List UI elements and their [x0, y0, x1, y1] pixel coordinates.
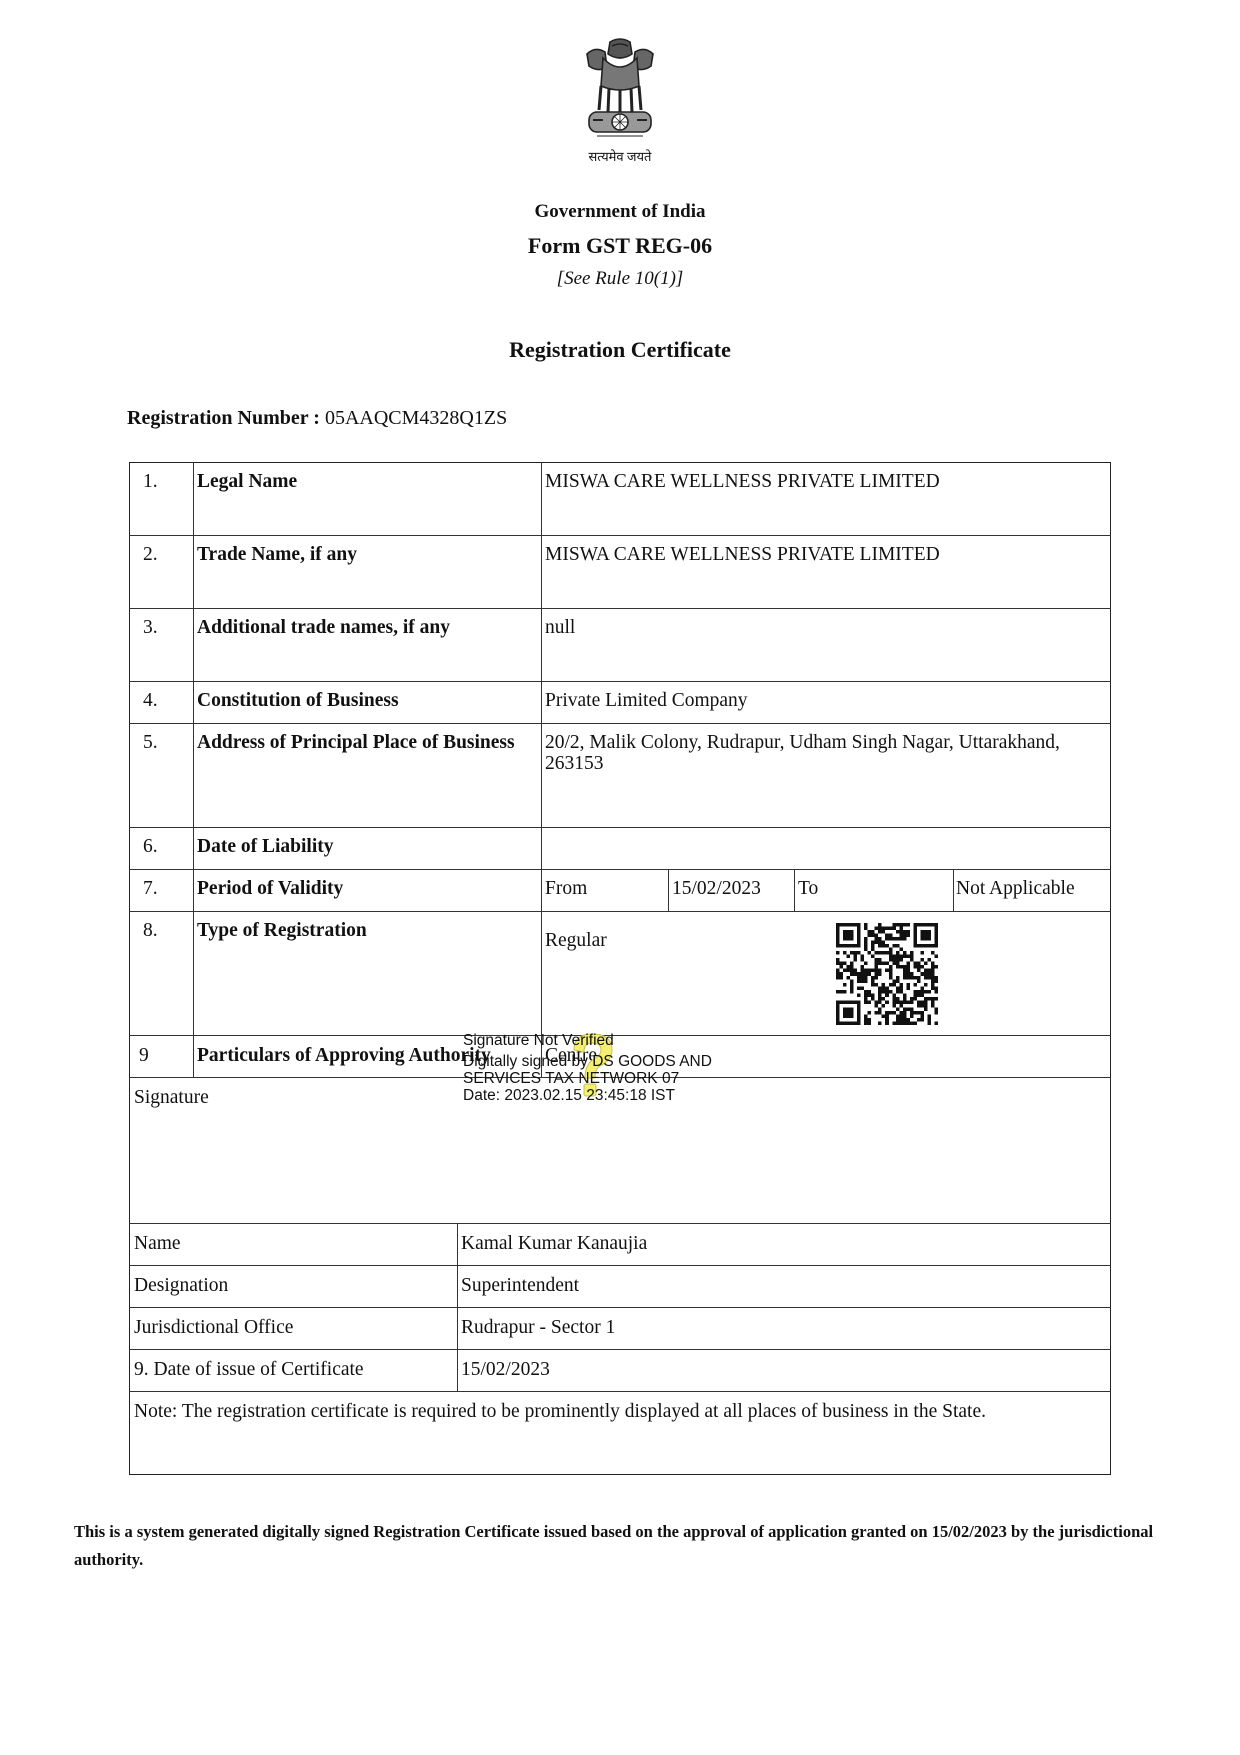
trade-name-value: MISWA CARE WELLNESS PRIVATE LIMITED	[545, 544, 940, 565]
system-generated-footer: This is a system generated digitally sig…	[74, 1518, 1174, 1574]
row-8-number: 8.	[143, 920, 158, 941]
certificate-title: Registration Certificate	[0, 337, 1240, 363]
validity-to-value: Not Applicable	[956, 878, 1075, 899]
row-9-label: Particulars of Approving Authority	[197, 1045, 491, 1066]
digital-signature-stamp[interactable]: Signature Not Verified Digitally signed …	[463, 1032, 712, 1104]
jurisdictional-office-label: Jurisdictional Office	[134, 1317, 293, 1338]
approver-name-value: Kamal Kumar Kanaujia	[461, 1233, 647, 1254]
signature-status: Signature Not Verified	[463, 1032, 712, 1049]
government-heading: Government of India	[0, 201, 1240, 223]
row-7-label: Period of Validity	[197, 878, 343, 899]
signature-signer-line-2: SERVICES TAX NETWORK 07	[463, 1070, 712, 1087]
row-2-number: 2.	[143, 544, 158, 565]
registration-number-label: Registration Number :	[127, 407, 320, 429]
form-title: Form GST REG-06	[0, 233, 1240, 259]
legal-name-value: MISWA CARE WELLNESS PRIVATE LIMITED	[545, 471, 940, 492]
designation-value: Superintendent	[461, 1275, 579, 1296]
row-1-number: 1.	[143, 471, 158, 492]
validity-from-value: 15/02/2023	[672, 878, 761, 899]
row-6-label: Date of Liability	[197, 836, 334, 857]
row-6-number: 6.	[143, 836, 158, 857]
approver-name-label: Name	[134, 1233, 181, 1254]
registration-type-value: Regular	[545, 930, 607, 951]
address-value: 20/2, Malik Colony, Rudrapur, Udham Sing…	[545, 732, 1105, 774]
jurisdictional-office-value: Rudrapur - Sector 1	[461, 1317, 615, 1338]
issue-date-value: 15/02/2023	[461, 1359, 550, 1380]
display-note: Note: The registration certificate is re…	[134, 1401, 986, 1422]
signature-date: Date: 2023.02.15 23:45:18 IST	[463, 1087, 712, 1104]
row-5-number: 5.	[143, 732, 158, 753]
row-4-label: Constitution of Business	[197, 690, 399, 711]
designation-label: Designation	[134, 1275, 228, 1296]
additional-trade-names-value: null	[545, 617, 575, 638]
row-5-label: Address of Principal Place of Business	[197, 732, 517, 753]
registration-number: Registration Number : 05AAQCM4328Q1ZS	[127, 407, 507, 430]
row-1-label: Legal Name	[197, 471, 297, 492]
row-7-number: 7.	[143, 878, 158, 899]
row-9-number: 9	[139, 1045, 149, 1066]
national-emblem-icon	[575, 36, 665, 144]
rule-reference: [See Rule 10(1)]	[0, 268, 1240, 290]
row-3-label: Additional trade names, if any	[197, 617, 450, 638]
validity-to-label: To	[798, 878, 818, 899]
row-4-number: 4.	[143, 690, 158, 711]
registration-number-value: 05AAQCM4328Q1ZS	[325, 407, 507, 429]
validity-from-label: From	[545, 878, 587, 899]
row-8-label: Type of Registration	[197, 920, 367, 941]
constitution-value: Private Limited Company	[545, 690, 748, 711]
signature-signer-line-1: Digitally signed by DS GOODS AND	[463, 1053, 712, 1070]
emblem-motto: सत्यमेव जयते	[0, 147, 1240, 165]
signature-label: Signature	[134, 1087, 209, 1108]
qr-code-icon	[836, 923, 938, 1025]
row-2-label: Trade Name, if any	[197, 544, 357, 565]
row-3-number: 3.	[143, 617, 158, 638]
issue-date-label: 9. Date of issue of Certificate	[134, 1359, 364, 1380]
